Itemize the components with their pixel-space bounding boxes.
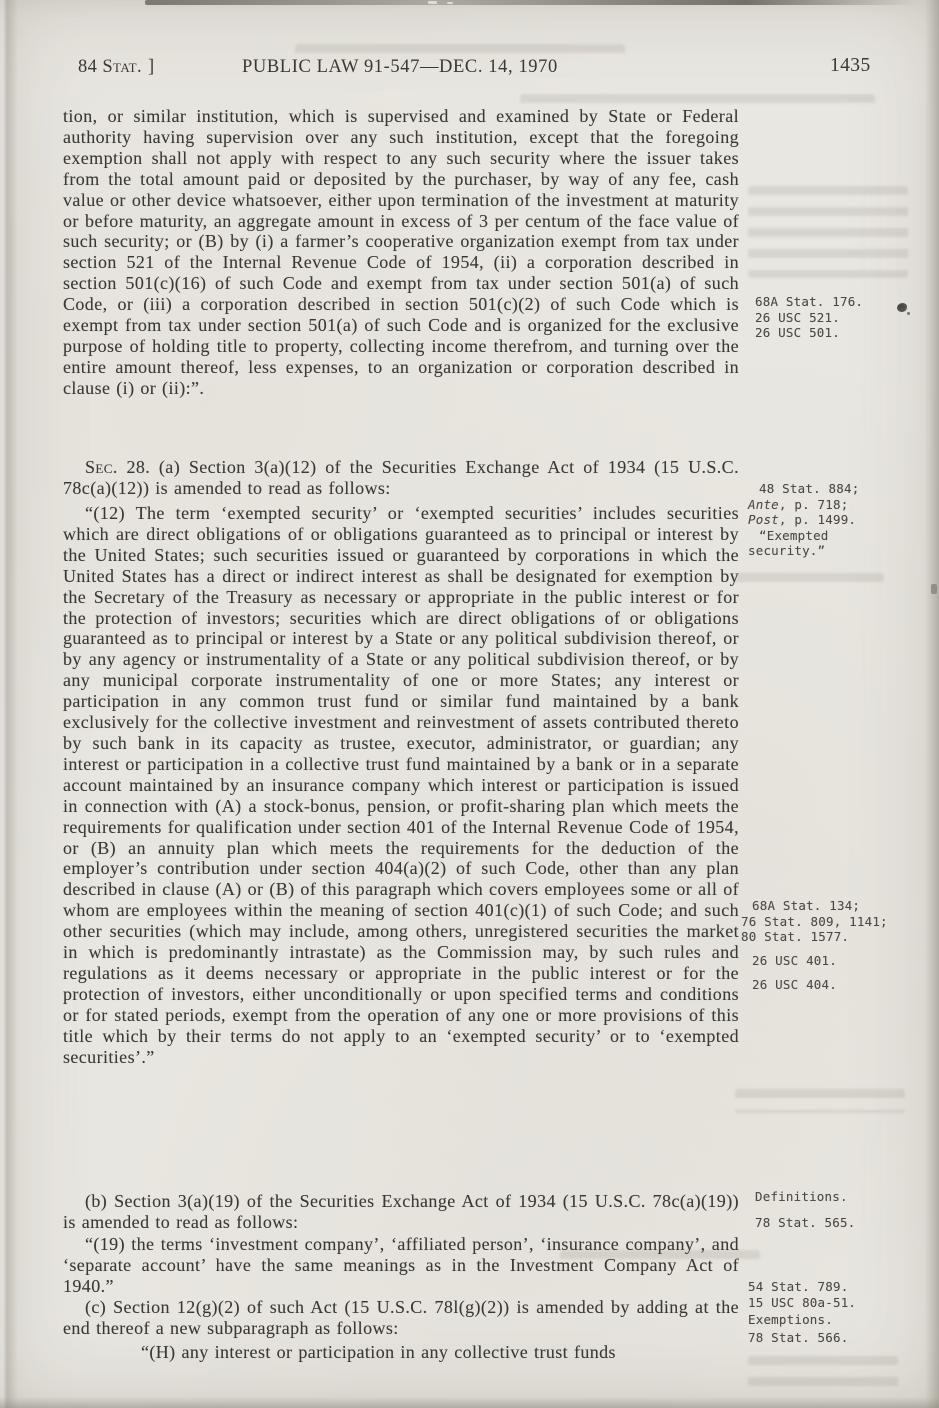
bleed-through-ghost — [295, 44, 625, 58]
bleed-through-ghost — [735, 1089, 905, 1113]
statutes-volume-citation: 84 Stat.] — [78, 57, 155, 78]
stat-word: Stat. — [102, 57, 142, 77]
margin-note-line: 78 Stat. 565. — [755, 1215, 855, 1231]
margin-note-line: “Exempted — [748, 528, 859, 544]
margin-note-line: 80 Stat. 1577. — [741, 929, 888, 945]
paper-speck — [447, 2, 453, 4]
margin-note-line: 54 Stat. 789. — [748, 1279, 856, 1295]
margin-note-exempted-security: 48 Stat. 884; Ante, p. 718; Post, p. 149… — [748, 481, 859, 559]
margin-note-line: 76 Stat. 809, 1141; — [741, 914, 888, 930]
statute-page: 84 Stat.] PUBLIC LAW 91-547—DEC. 14, 197… — [0, 0, 939, 1408]
sec-28-text: 28. (a) Section 3(a)(12) of the Securiti… — [63, 457, 739, 498]
ink-blot — [897, 303, 907, 312]
margin-note-line: 78 Stat. 566. — [748, 1330, 856, 1346]
paragraph-continuation-exemption: tion, or similar institution, which is s… — [63, 106, 739, 399]
margin-note-line: 68A Stat. 134; — [741, 898, 888, 914]
margin-note-line: Ante, p. 718; — [748, 497, 859, 513]
page-edge-left — [0, 0, 18, 1408]
bleed-through-ghost — [748, 186, 908, 278]
margin-note-line: 26 USC 404. — [741, 977, 888, 993]
margin-note-irc-citations: 68A Stat. 176. 26 USC 521. 26 USC 501. — [755, 294, 863, 341]
page-edge-bottom — [0, 1397, 939, 1408]
paragraph-subsection-c: (c) Section 12(g)(2) of such Act (15 U.S… — [63, 1297, 739, 1339]
post-reference: Post — [748, 512, 779, 527]
paragraph-definitions-19: “(19) the terms ‘investment company’, ‘a… — [63, 1234, 739, 1297]
bleed-through-ghost — [736, 573, 884, 587]
paper-speck — [428, 1, 437, 4]
margin-note-line: 26 USC 501. — [755, 325, 863, 341]
margin-note-line: 15 USC 80a-51. — [748, 1295, 856, 1311]
page-edge-right — [925, 0, 939, 1408]
paragraph-sec-28: Sec. 28. (a) Section 3(a)(12) of the Sec… — [63, 457, 739, 499]
margin-note-exemptions: 54 Stat. 789. 15 USC 80a-51. Exemptions.… — [748, 1279, 856, 1345]
margin-note-line: security.” — [748, 543, 859, 559]
running-head-law-title: PUBLIC LAW 91-547—DEC. 14, 1970 — [242, 57, 558, 78]
citation-bracket: ] — [148, 57, 155, 77]
margin-note-definitions: Definitions. 78 Stat. 565. — [755, 1189, 855, 1230]
ante-reference: Ante — [748, 497, 779, 512]
paragraph-subparagraph-h: “(H) any interest or participation in an… — [63, 1342, 739, 1363]
margin-note-line: 68A Stat. 176. — [755, 294, 863, 310]
margin-note-line: Exemptions. — [748, 1312, 856, 1328]
margin-note-line: 48 Stat. 884; — [748, 481, 859, 497]
page-number: 1435 — [830, 55, 871, 77]
stat-volume-number: 84 — [78, 57, 102, 77]
margin-note-line: Definitions. — [755, 1189, 855, 1205]
margin-note-line: Post, p. 1499. — [748, 512, 859, 528]
bleed-through-ghost — [748, 1356, 898, 1394]
ante-page: , p. 718; — [779, 497, 849, 512]
paragraph-subsection-b: (b) Section 3(a)(19) of the Securities E… — [63, 1191, 739, 1233]
margin-note-irc-401-404: 68A Stat. 134; 76 Stat. 809, 1141; 80 St… — [741, 898, 888, 993]
margin-note-line: 26 USC 521. — [755, 310, 863, 326]
paragraph-exempted-security-definition: “(12) The term ‘exempted security’ or ‘e… — [63, 503, 739, 1067]
margin-note-line: 26 USC 401. — [741, 953, 888, 969]
ink-speck — [907, 312, 910, 315]
post-page: , p. 1499. — [779, 512, 856, 527]
sec-label: Sec. — [85, 457, 118, 477]
scan-top-edge-shadow — [145, 0, 915, 5]
